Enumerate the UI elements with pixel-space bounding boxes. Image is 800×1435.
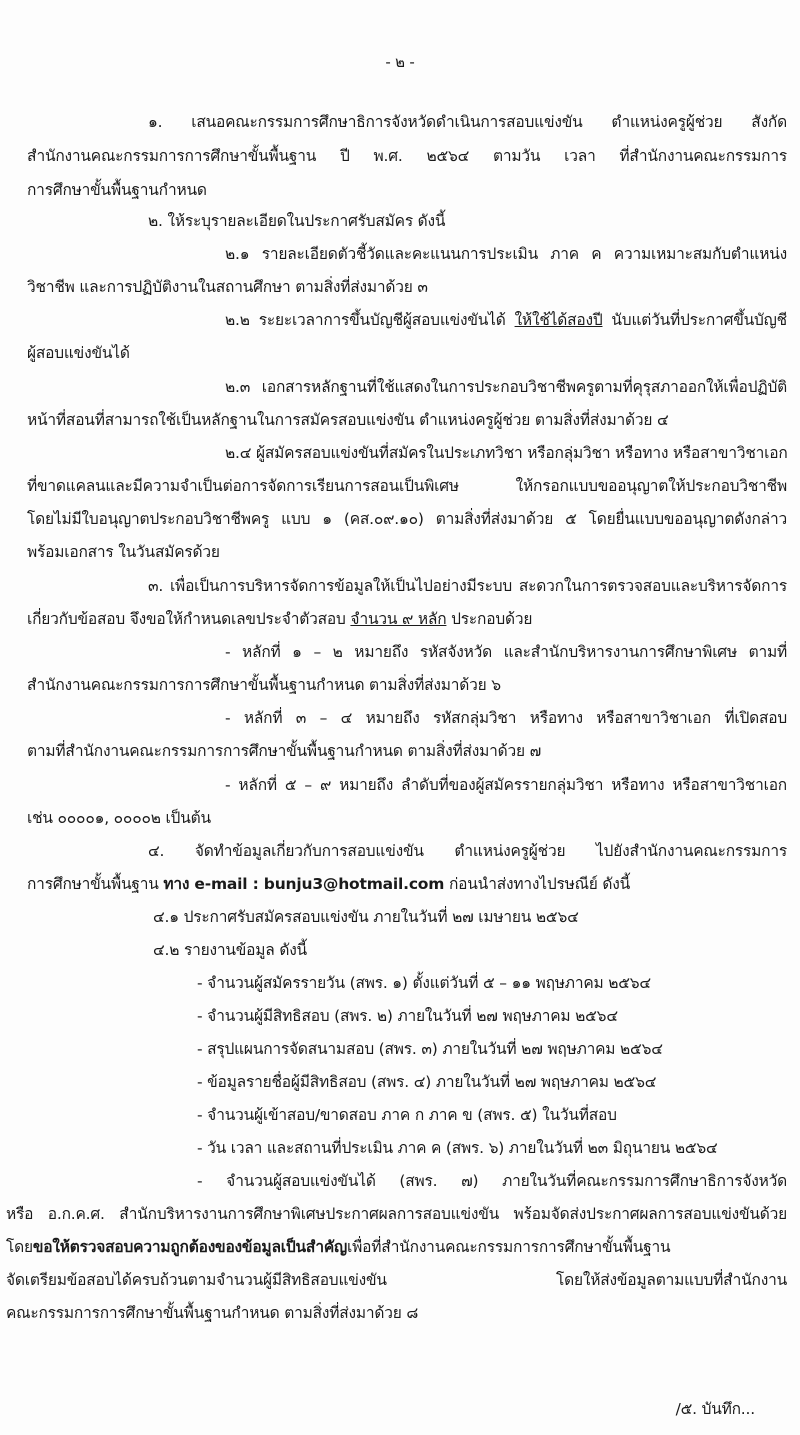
text-line: - หลักที่ ๕ – ๙ หมายถึง ลำดับที่ของผู้สม… [225, 774, 787, 796]
text-line: ๒. ให้ระบุรายละเอียดในประกาศรับสมัคร ดัง… [148, 210, 445, 232]
text-run: พร้อมเอกสาร ในวันสมัครด้วย [27, 543, 220, 561]
text-run: ๔. จัดทำข้อมูลเกี่ยวกับการสอบแข่งขัน ตำแ… [148, 842, 787, 860]
document-page: - ๒ - ๑. เสนอคณะกรรมการศึกษาธิการจังหวัด… [0, 0, 800, 1435]
text-run: ๓. เพื่อเป็นการบริหารจัดการข้อมูลให้เป็น… [148, 577, 787, 595]
text-run: - ข้อมูลรายชื่อผู้มีสิทธิสอบ (สพร. ๔) ภา… [197, 1073, 656, 1091]
text-run: ๒.๑ รายละเอียดตัวชี้วัดและคะแนนการประเมิ… [225, 245, 787, 263]
text-line: ๒.๒ ระยะเวลาการขึ้นบัญชีผู้สอบแข่งขันได้… [225, 309, 787, 331]
text-run: สำนักงานคณะกรรมการการศึกษาขั้นพื้นฐาน ปี… [27, 147, 787, 165]
text-line: วิชาชีพ และการปฏิบัติงานในสถานศึกษา ตามส… [27, 276, 428, 298]
text-line: - จำนวนผู้สอบแข่งขันได้ (สพร. ๗) ภายในวั… [197, 1170, 787, 1192]
text-line: - จำนวนผู้สมัครรายวัน (สพร. ๑) ตั้งแต่วั… [197, 972, 651, 994]
text-line: ๔. จัดทำข้อมูลเกี่ยวกับการสอบแข่งขัน ตำแ… [148, 840, 787, 862]
text-run: ๒.๓ เอกสารหลักฐานที่ใช้แสดงในการประกอบวิ… [225, 378, 787, 396]
text-line: พร้อมเอกสาร ในวันสมัครด้วย [27, 541, 220, 563]
text-line: หรือ อ.ก.ค.ศ. สำนักบริหารงานการศึกษาพิเศ… [6, 1203, 787, 1225]
continuation-marker: /๕. บันทึก... [676, 1398, 755, 1420]
page-number: - ๒ - [0, 51, 800, 73]
text-run: ตามที่สำนักงานคณะกรรมการการศึกษาขั้นพื้น… [27, 742, 541, 760]
text-run: ประกอบด้วย [446, 610, 532, 628]
text-line: หน้าที่สอนที่สามารถใช้เป็นหลักฐานในการสม… [27, 409, 669, 431]
text-line: สำนักงานคณะกรรมการการศึกษาขั้นพื้นฐานกำห… [27, 674, 501, 696]
text-run: - หลักที่ ๑ – ๒ หมายถึง รหัสจังหวัด และส… [225, 643, 787, 661]
text-run: นับแต่วันที่ประกาศขึ้นบัญชี [602, 311, 787, 329]
text-line: เกี่ยวกับข้อสอบ จึงขอให้กำหนดเลขประจำตัว… [27, 608, 532, 630]
text-run: - จำนวนผู้มีสิทธิสอบ (สพร. ๒) ภายในวันที… [197, 1007, 618, 1025]
text-line: ๒.๔ ผู้สมัครสอบแข่งขันที่สมัครในประเภทวิ… [225, 442, 787, 464]
text-run: ๑. เสนอคณะกรรมการศึกษาธิการจังหวัดดำเนิน… [148, 113, 787, 131]
text-line: การศึกษาขั้นพื้นฐาน ทาง e-mail : bunju3@… [27, 873, 630, 895]
text-line: การศึกษาขั้นพื้นฐานกำหนด [27, 179, 207, 201]
text-run: คณะกรรมการการศึกษาขั้นพื้นฐานกำหนด ตามสิ… [6, 1304, 418, 1322]
text-line: ๒.๑ รายละเอียดตัวชี้วัดและคะแนนการประเมิ… [225, 243, 787, 265]
text-run: จัดเตรียมข้อสอบได้ครบถ้วนตามจำนวนผู้มีสิ… [6, 1271, 787, 1289]
underlined-text: จำนวน ๙ หลัก [350, 610, 446, 628]
text-run: หน้าที่สอนที่สามารถใช้เป็นหลักฐานในการสม… [27, 411, 669, 429]
text-line: ๔.๑ ประกาศรับสมัครสอบแข่งขัน ภายในวันที่… [153, 906, 579, 928]
text-line: - ข้อมูลรายชื่อผู้มีสิทธิสอบ (สพร. ๔) ภา… [197, 1071, 656, 1093]
text-run: ๒.๔ ผู้สมัครสอบแข่งขันที่สมัครในประเภทวิ… [225, 444, 788, 462]
text-line: - จำนวนผู้มีสิทธิสอบ (สพร. ๒) ภายในวันที… [197, 1005, 618, 1027]
text-run: - จำนวนผู้เข้าสอบ/ขาดสอบ ภาค ก ภาค ข (สพ… [197, 1106, 617, 1124]
text-line: สำนักงานคณะกรรมการการศึกษาขั้นพื้นฐาน ปี… [27, 145, 787, 167]
text-line: ๑. เสนอคณะกรรมการศึกษาธิการจังหวัดดำเนิน… [148, 111, 787, 133]
text-run: โดย [6, 1238, 33, 1256]
text-line: จัดเตรียมข้อสอบได้ครบถ้วนตามจำนวนผู้มีสิ… [6, 1269, 787, 1291]
text-run: ผู้สอบแข่งขันได้ [27, 344, 130, 362]
text-line: คณะกรรมการการศึกษาขั้นพื้นฐานกำหนด ตามสิ… [6, 1302, 418, 1324]
text-run: - หลักที่ ๓ – ๔ หมายถึง รหัสกลุ่มวิชา หร… [225, 709, 787, 727]
text-run: ๒. ให้ระบุรายละเอียดในประกาศรับสมัคร ดัง… [148, 212, 445, 230]
text-line: ผู้สอบแข่งขันได้ [27, 342, 130, 364]
text-line: ๓. เพื่อเป็นการบริหารจัดการข้อมูลให้เป็น… [148, 575, 787, 597]
text-line: โดยขอให้ตรวจสอบความถูกต้องของข้อมูลเป็นส… [6, 1236, 787, 1258]
text-run: ๒.๒ ระยะเวลาการขึ้นบัญชีผู้สอบแข่งขันได้ [225, 311, 515, 329]
text-line: ๔.๒ รายงานข้อมูล ดังนี้ [153, 939, 307, 961]
text-line: - วัน เวลา และสถานที่ประเมิน ภาค ค (สพร.… [197, 1137, 718, 1159]
text-run: การศึกษาขั้นพื้นฐาน [27, 875, 163, 893]
bold-text: ทาง e-mail : bunju3@hotmail.com [163, 875, 444, 893]
text-line: โดยไม่มีใบอนุญาตประกอบวิชาชีพครู แบบ ๑ (… [27, 508, 787, 530]
text-run: โดยไม่มีใบอนุญาตประกอบวิชาชีพครู แบบ ๑ (… [27, 510, 787, 528]
text-run: ก่อนนำส่งทางไปรษณีย์ ดังนี้ [444, 875, 630, 893]
text-run: หรือ อ.ก.ค.ศ. สำนักบริหารงานการศึกษาพิเศ… [6, 1205, 787, 1223]
text-line: ๒.๓ เอกสารหลักฐานที่ใช้แสดงในการประกอบวิ… [225, 376, 787, 398]
text-run: ๔.๒ รายงานข้อมูล ดังนี้ [153, 941, 307, 959]
text-run: - หลักที่ ๕ – ๙ หมายถึง ลำดับที่ของผู้สม… [225, 776, 787, 794]
bold-text: ขอให้ตรวจสอบความถูกต้องของข้อมูลเป็นสำคั… [33, 1238, 347, 1256]
text-run: - วัน เวลา และสถานที่ประเมิน ภาค ค (สพร.… [197, 1139, 718, 1157]
text-line: - หลักที่ ๓ – ๔ หมายถึง รหัสกลุ่มวิชา หร… [225, 707, 787, 729]
text-run: ๔.๑ ประกาศรับสมัครสอบแข่งขัน ภายในวันที่… [153, 908, 579, 926]
text-run: สำนักงานคณะกรรมการการศึกษาขั้นพื้นฐานกำห… [27, 676, 501, 694]
text-line: - จำนวนผู้เข้าสอบ/ขาดสอบ ภาค ก ภาค ข (สพ… [197, 1104, 617, 1126]
text-run: วิชาชีพ และการปฏิบัติงานในสถานศึกษา ตามส… [27, 278, 428, 296]
text-run: การศึกษาขั้นพื้นฐานกำหนด [27, 181, 207, 199]
text-run: - จำนวนผู้สอบแข่งขันได้ (สพร. ๗) ภายในวั… [197, 1172, 787, 1190]
text-line: ตามที่สำนักงานคณะกรรมการการศึกษาขั้นพื้น… [27, 740, 541, 762]
text-run: - จำนวนผู้สมัครรายวัน (สพร. ๑) ตั้งแต่วั… [197, 974, 651, 992]
text-run: เกี่ยวกับข้อสอบ จึงขอให้กำหนดเลขประจำตัว… [27, 610, 350, 628]
text-run: - สรุปแผนการจัดสนามสอบ (สพร. ๓) ภายในวัน… [197, 1040, 663, 1058]
text-run: ที่ขาดแคลนและมีความจำเป็นต่อการจัดการเรี… [27, 477, 787, 495]
underlined-text: ให้ใช้ได้สองปี [515, 311, 603, 329]
text-run: เช่น ๐๐๐๐๑, ๐๐๐๐๒ เป็นต้น [27, 809, 211, 827]
text-line: - หลักที่ ๑ – ๒ หมายถึง รหัสจังหวัด และส… [225, 641, 787, 663]
text-line: ที่ขาดแคลนและมีความจำเป็นต่อการจัดการเรี… [27, 475, 787, 497]
text-run: เพื่อที่สำนักงานคณะกรรมการการศึกษาขั้นพื… [347, 1238, 670, 1256]
text-line: เช่น ๐๐๐๐๑, ๐๐๐๐๒ เป็นต้น [27, 807, 211, 829]
text-line: - สรุปแผนการจัดสนามสอบ (สพร. ๓) ภายในวัน… [197, 1038, 663, 1060]
